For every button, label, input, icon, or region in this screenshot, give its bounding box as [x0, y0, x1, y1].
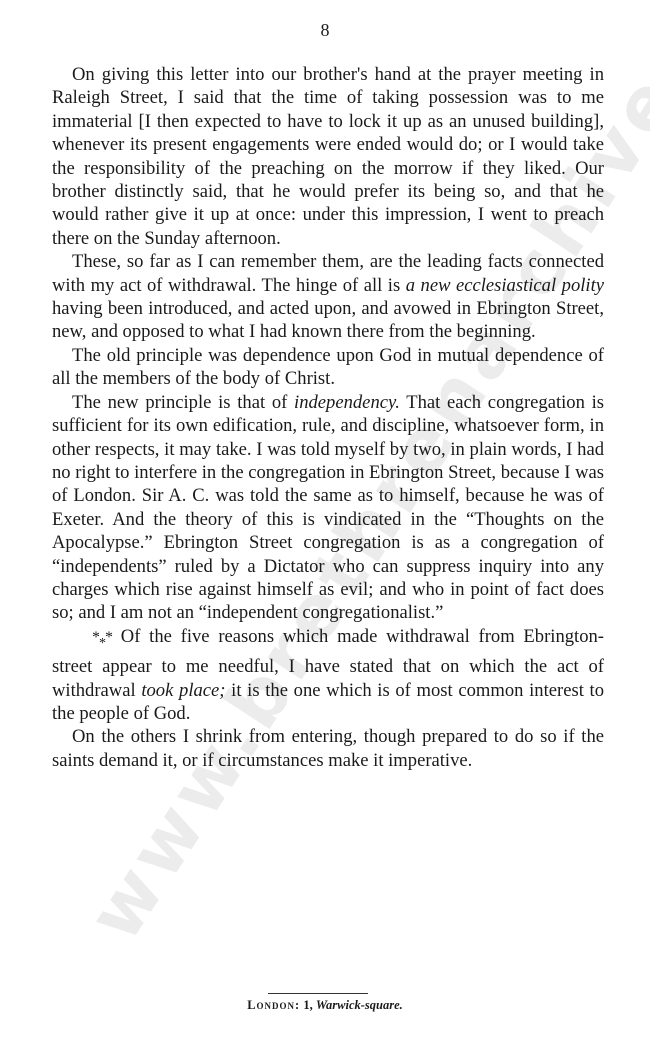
paragraph-others: On the others I shrink from entering, th… [52, 725, 604, 772]
imprint-city: London: [247, 998, 300, 1012]
emphasis-ecclesiastical-polity: a new ecclesiastical polity [406, 275, 604, 296]
paragraph-text: The new principle is that of [72, 392, 294, 413]
imprint-footer: London: 1, Warwick-square. [0, 998, 650, 1013]
paragraph-text: That each congregation is sufficient for… [52, 392, 604, 624]
paragraph-new-principle: The new principle is that of independenc… [52, 391, 604, 625]
paragraph-text: having been introduced, and acted upon, … [52, 298, 604, 342]
paragraph-leading-facts: These, so far as I can remember them, ar… [52, 250, 604, 344]
asterism-icon: *** [72, 626, 112, 655]
imprint-street: Warwick-square. [316, 998, 403, 1012]
paragraph-five-reasons: *** Of the five reasons which made withd… [52, 625, 604, 726]
paragraph-withdrawal-letter: On giving this letter into our brother's… [52, 63, 604, 250]
imprint-number: 1, [303, 998, 312, 1012]
emphasis-took-place: took place; [141, 680, 225, 701]
footer-divider [268, 993, 368, 994]
body-text: On giving this letter into our brother's… [52, 63, 604, 772]
emphasis-independency: independency. [294, 392, 400, 413]
paragraph-old-principle: The old principle was dependence upon Go… [52, 344, 604, 391]
page-number: 8 [0, 20, 650, 41]
